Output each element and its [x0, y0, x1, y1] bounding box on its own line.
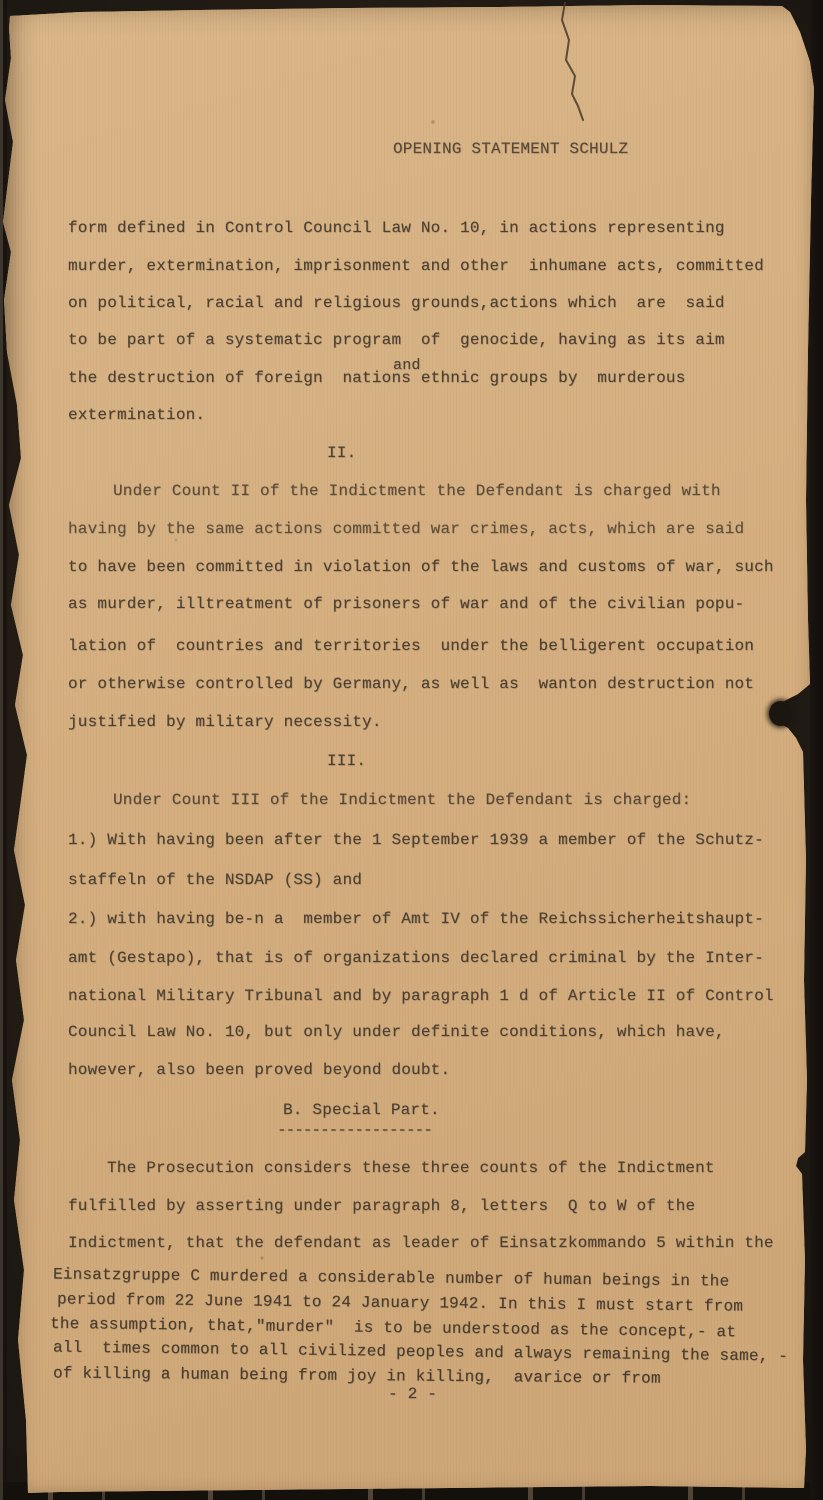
section-heading-iii: III. [327, 751, 366, 771]
text-line: form defined in Control Council Law No. … [68, 218, 725, 238]
text-line: murder, extermination, imprisonment and … [68, 256, 764, 276]
text-line: Council Law No. 10, but only under defin… [68, 1022, 725, 1042]
text-line: as murder, illtreatment of prisoners of … [68, 594, 744, 614]
text-line: to have been committed in violation of t… [68, 557, 774, 577]
text-line: of killing a human being from joy in kil… [53, 1363, 661, 1388]
text-line: lation of countries and territories unde… [68, 636, 754, 656]
section-heading-b: B. Special Part. [283, 1100, 440, 1120]
text-line: The Prosecution considers these three co… [107, 1158, 715, 1178]
text-line: all times common to all civilized people… [53, 1338, 788, 1367]
page-number: - 2 - [388, 1384, 437, 1404]
text-line: the destruction of foreign nations ethni… [68, 368, 686, 388]
scan-background: OPENING STATEMENT SCHULZform defined in … [0, 0, 823, 1500]
text-line: Under Count III of the Indictment the De… [113, 790, 691, 810]
paper-crack-icon [552, 2, 602, 124]
doc-title: OPENING STATEMENT SCHULZ [393, 139, 628, 159]
text-line: however, also been proved beyond doubt. [68, 1060, 450, 1080]
paper: OPENING STATEMENT SCHULZform defined in … [0, 0, 823, 1500]
text-line: Indictment, that the defendant as leader… [68, 1233, 774, 1253]
text-line: Under Count II of the Indictment the Def… [113, 481, 721, 501]
heading-underline: ------------------ [277, 1120, 432, 1140]
text-line: 1.) With having been after the 1 Septemb… [68, 830, 764, 850]
text-line: amt (Gestapo), that is of organizations … [68, 948, 764, 968]
section-heading-ii: II. [327, 443, 356, 463]
text-line: on political, racial and religious groun… [68, 293, 725, 313]
text-line: justified by military necessity. [68, 712, 382, 732]
text-line: to be part of a systematic program of ge… [68, 330, 725, 350]
text-line: staffeln of the NSDAP (SS) and [68, 870, 362, 890]
right-scan-edge [810, 0, 823, 1500]
text-line: period from 22 June 1941 to 24 January 1… [57, 1289, 743, 1316]
text-line: extermination. [68, 405, 205, 425]
text-line: Einsatzgruppe C murdered a considerable … [53, 1264, 729, 1291]
torn-hole [769, 701, 792, 726]
text-line: or otherwise controlled by Germany, as w… [68, 674, 754, 694]
text-line: 2.) with having be-n a member of Amt IV … [68, 909, 764, 929]
text-line: having by the same actions committed war… [68, 519, 744, 539]
text-line: fulfilled by asserting under paragraph 8… [68, 1196, 695, 1216]
text-line: national Military Tribunal and by paragr… [68, 986, 774, 1006]
